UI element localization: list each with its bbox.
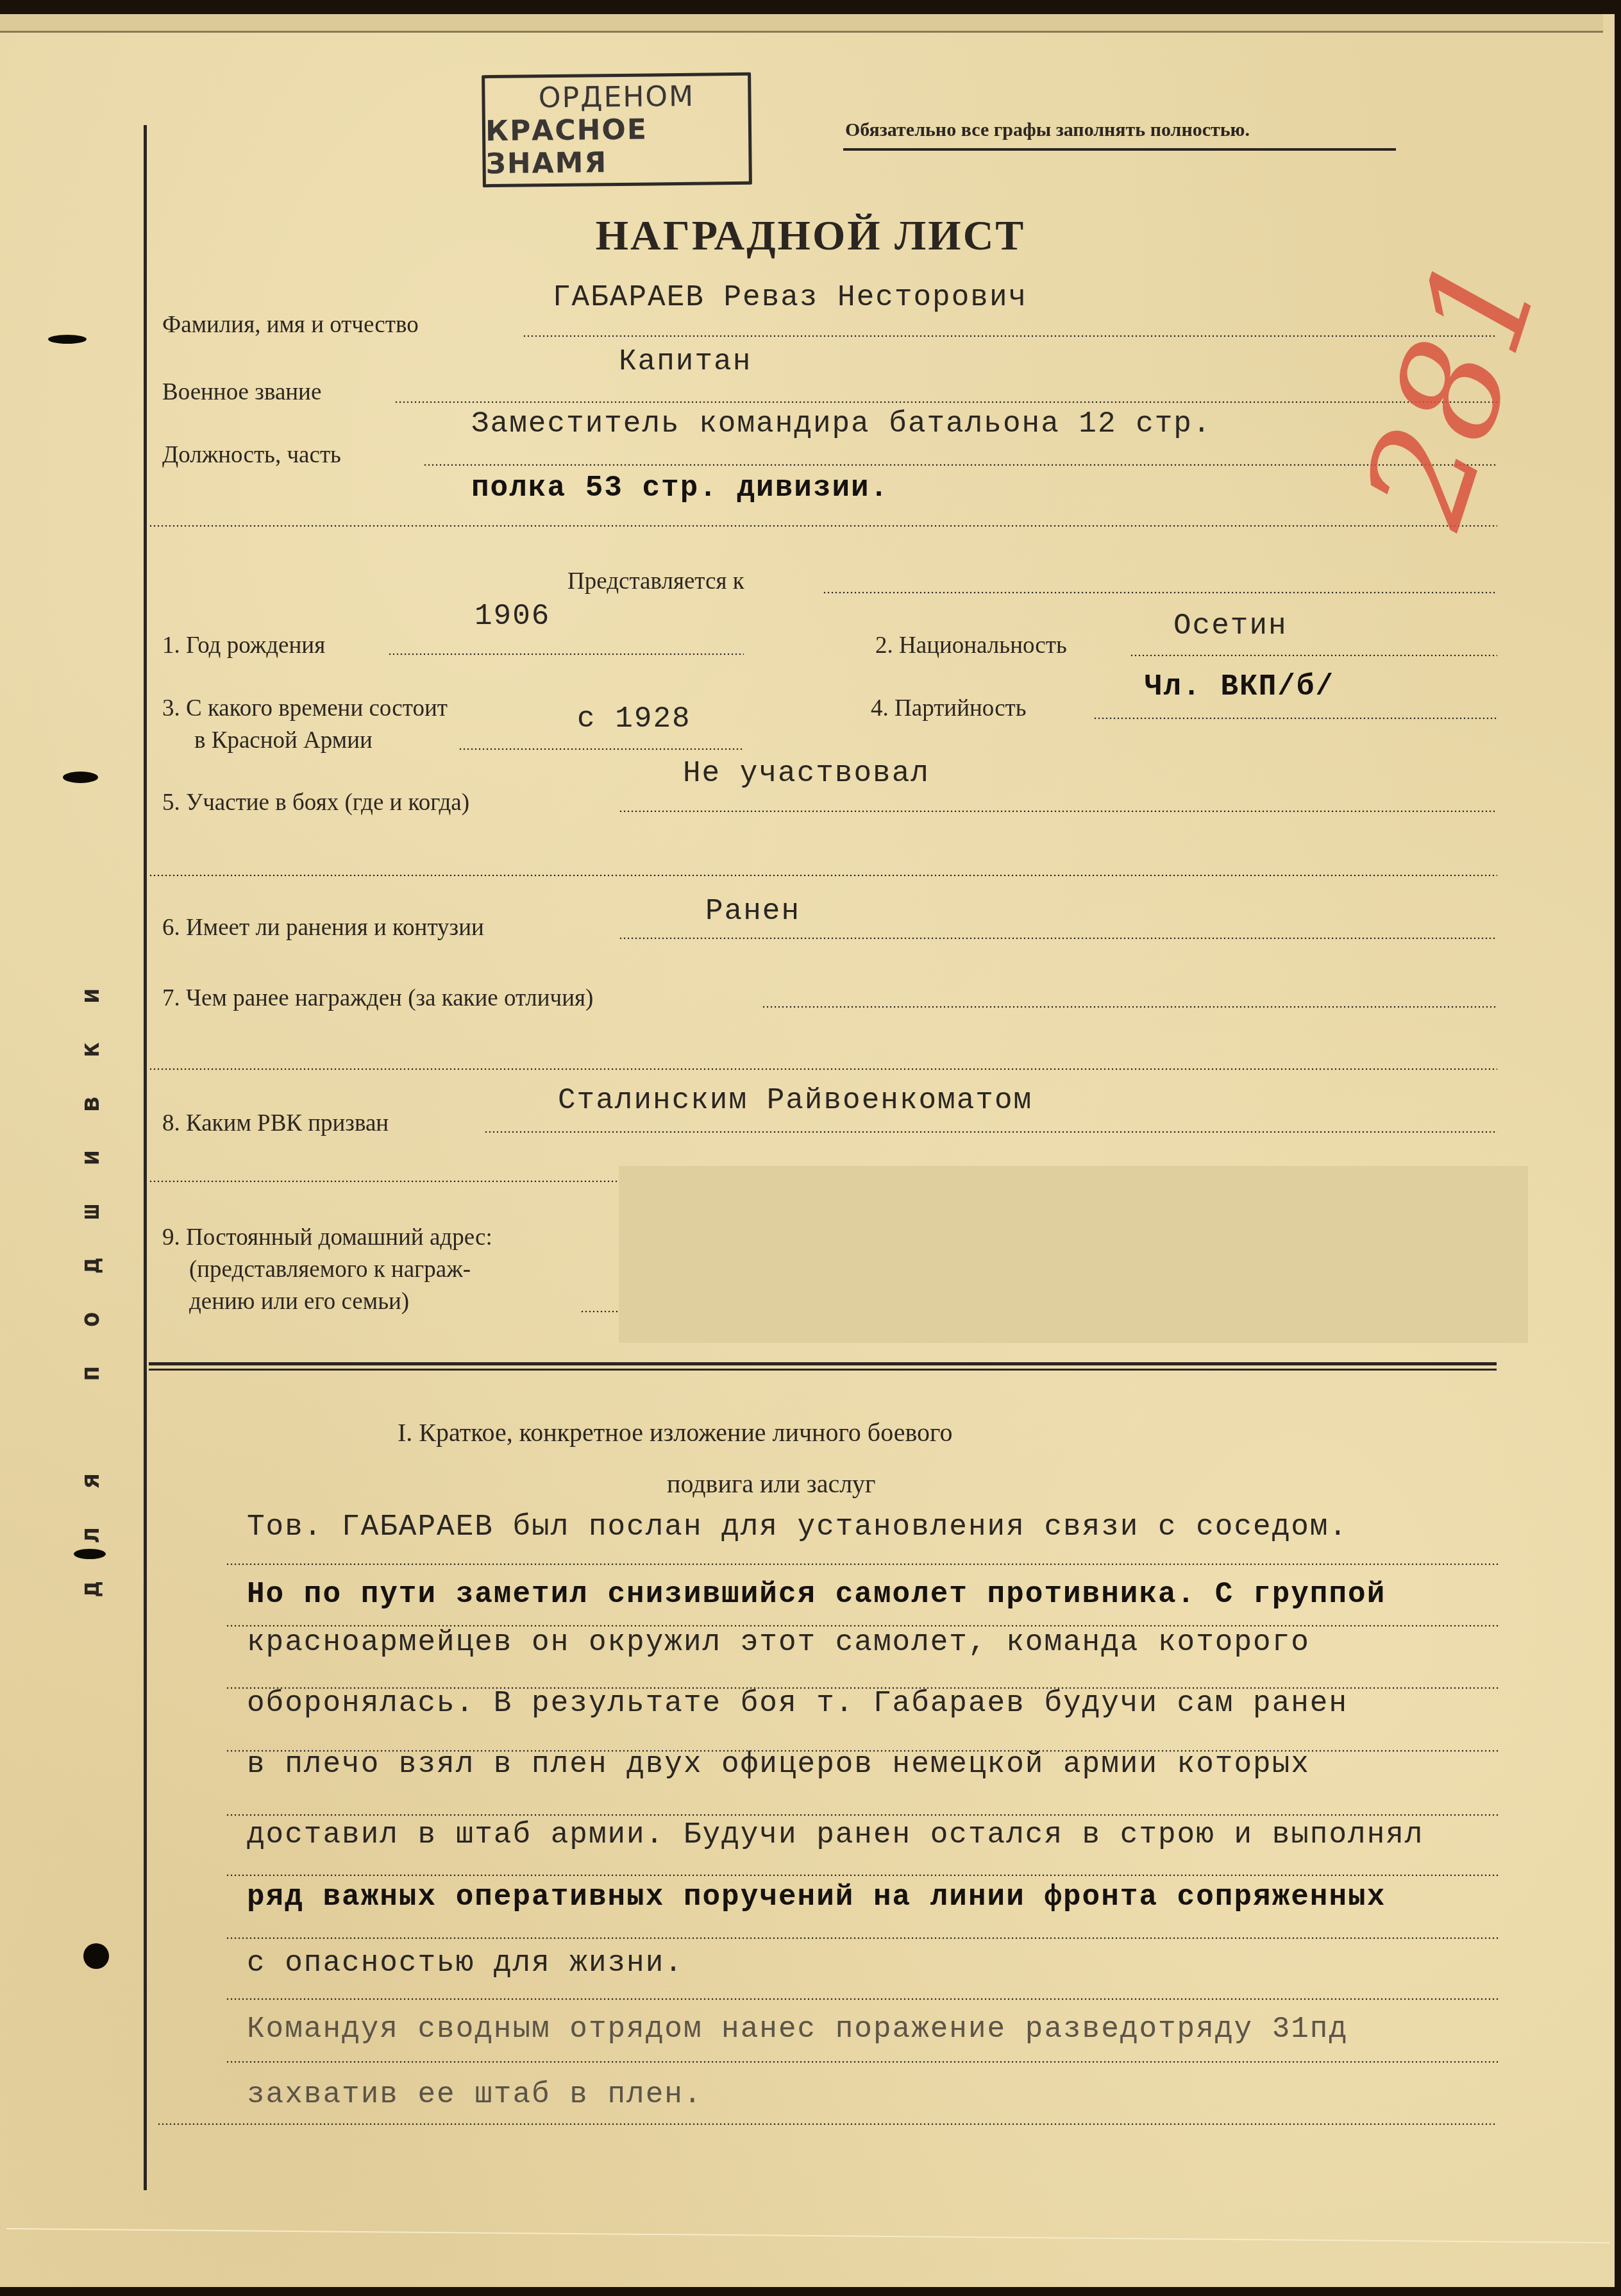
narrative-rule [226, 1874, 1499, 1877]
margin-vertical-line [144, 125, 147, 2190]
wounds-value: Ранен [705, 895, 800, 928]
conscripted-by-line [484, 1131, 1497, 1133]
section-heading-line2: подвига или заслуг [667, 1469, 876, 1499]
scan-edge-right [1615, 0, 1621, 2296]
address-redaction [619, 1166, 1528, 1343]
narrative-line: доставил в штаб армии. Будучи ранен оста… [247, 1818, 1424, 1852]
nationality-value: Осетин [1173, 609, 1288, 643]
wounds-label: 6. Имеет ли ранения и контузии [162, 914, 484, 941]
position-label: Должность, часть [162, 441, 341, 469]
party-value: Чл. ВКП/б/ [1145, 670, 1334, 704]
red-pencil-number: 281 [1332, 237, 1572, 543]
section-heading-line1: I. Краткое, конкретное изложение личного… [398, 1417, 953, 1448]
party-line [1093, 717, 1497, 720]
conscripted-by-line2 [149, 1180, 620, 1183]
section-separator-top [149, 1362, 1497, 1365]
rank-value: Капитан [619, 345, 752, 378]
fill-all-fields-notice: Обязательно все графы заполнять полность… [845, 119, 1250, 141]
address-label-line3: дению или его семьи) [189, 1288, 409, 1315]
full-name-line [523, 335, 1497, 337]
award-sheet-page: для подшивки ОРДЕНОМ КРАСНОЕ ЗНАМЯ Обяза… [0, 0, 1621, 2296]
narrative-line: Но по пути заметил снизившийся самолет п… [247, 1578, 1386, 1611]
notice-underline [843, 148, 1396, 151]
scan-edge-top [0, 0, 1621, 14]
army-since-line [458, 748, 744, 750]
position-line [423, 464, 1497, 466]
birth-year-line [388, 653, 744, 655]
full-name-label: Фамилия, имя и отчество [162, 311, 419, 339]
army-since-label-line2: в Красной Армии [194, 727, 373, 754]
order-stamp: ОРДЕНОМ КРАСНОЕ ЗНАМЯ [482, 72, 752, 187]
nationality-label: 2. Национальность [875, 632, 1067, 659]
combat-line [619, 810, 1497, 813]
position-value-line2: полка 53 стр. дивизии. [471, 471, 889, 505]
combat-label: 5. Участие в боях (где и когда) [162, 789, 469, 816]
punch-hole [63, 772, 98, 783]
narrative-rule [226, 2061, 1499, 2063]
narrative-line: ряд важных оперативных поручений на лини… [247, 1880, 1386, 1914]
birth-year-value: 1906 [475, 600, 550, 633]
section-separator-bottom [149, 1369, 1497, 1371]
punch-hole [83, 1943, 109, 1969]
combat-value: Не участвовал [683, 757, 930, 790]
party-label: 4. Партийность [871, 695, 1027, 722]
narrative-line: Командуя сводным отрядом нанес поражение… [247, 2013, 1348, 2046]
paper-crease [6, 2228, 1609, 2243]
wounds-line [619, 937, 1497, 940]
page-title: НАГРАДНОЙ ЛИСТ [0, 212, 1621, 260]
narrative-line: захватив ее штаб в плен. [247, 2078, 703, 2111]
narrative-line: красноармейцев он окружил этот самолет, … [247, 1626, 1310, 1659]
full-name-value: ГАБАРАЕВ Реваз Несторович [553, 281, 1027, 314]
narrative-line: Тов. ГАБАРАЕВ был послан для установлени… [247, 1510, 1348, 1544]
nominated-for-label: Представляется к [567, 568, 744, 595]
army-since-label-line1: 3. С какого времени состоит [162, 695, 448, 722]
combat-line2 [149, 874, 1497, 877]
prior-awards-line [762, 1006, 1497, 1008]
binding-margin-label: для подшивки [76, 950, 105, 1597]
conscripted-by-value: Сталинским Райвоенкоматом [558, 1084, 1032, 1117]
prior-awards-label: 7. Чем ранее награжден (за какие отличия… [162, 984, 593, 1012]
narrative-line: оборонялась. В результате боя т. Габарае… [247, 1687, 1348, 1720]
address-label-line2: (представляемого к награж- [189, 1256, 471, 1283]
prior-awards-line2 [149, 1068, 1497, 1070]
address-line [580, 1310, 620, 1313]
rank-label: Военное звание [162, 378, 321, 406]
narrative-line: в плечо взял в плен двух офицеров немецк… [247, 1748, 1310, 1781]
narrative-rule [226, 1937, 1499, 1939]
birth-year-label: 1. Год рождения [162, 632, 325, 659]
conscripted-by-label: 8. Каким РВК призван [162, 1110, 389, 1137]
narrative-rule [226, 1998, 1499, 2000]
rank-line [394, 401, 1497, 403]
nominated-for-line [823, 591, 1497, 594]
narrative-rule [226, 1563, 1499, 1566]
narrative-rule [226, 1814, 1499, 1816]
address-label-line1: 9. Постоянный домашний адрес: [162, 1224, 492, 1251]
narrative-rule [157, 2123, 1497, 2125]
stamp-line2: КРАСНОЕ ЗНАМЯ [485, 112, 749, 180]
scan-edge-bottom [0, 2287, 1621, 2296]
army-since-value: с 1928 [577, 702, 691, 736]
punch-hole [48, 335, 87, 344]
narrative-line: с опасностью для жизни. [247, 1946, 684, 1980]
position-line2 [149, 525, 1497, 527]
stamp-line1: ОРДЕНОМ [539, 80, 695, 115]
paper-fold-top [0, 14, 1603, 33]
nationality-line [1130, 654, 1497, 657]
position-value-line1: Заместитель командира батальона 12 стр. [471, 407, 1212, 441]
